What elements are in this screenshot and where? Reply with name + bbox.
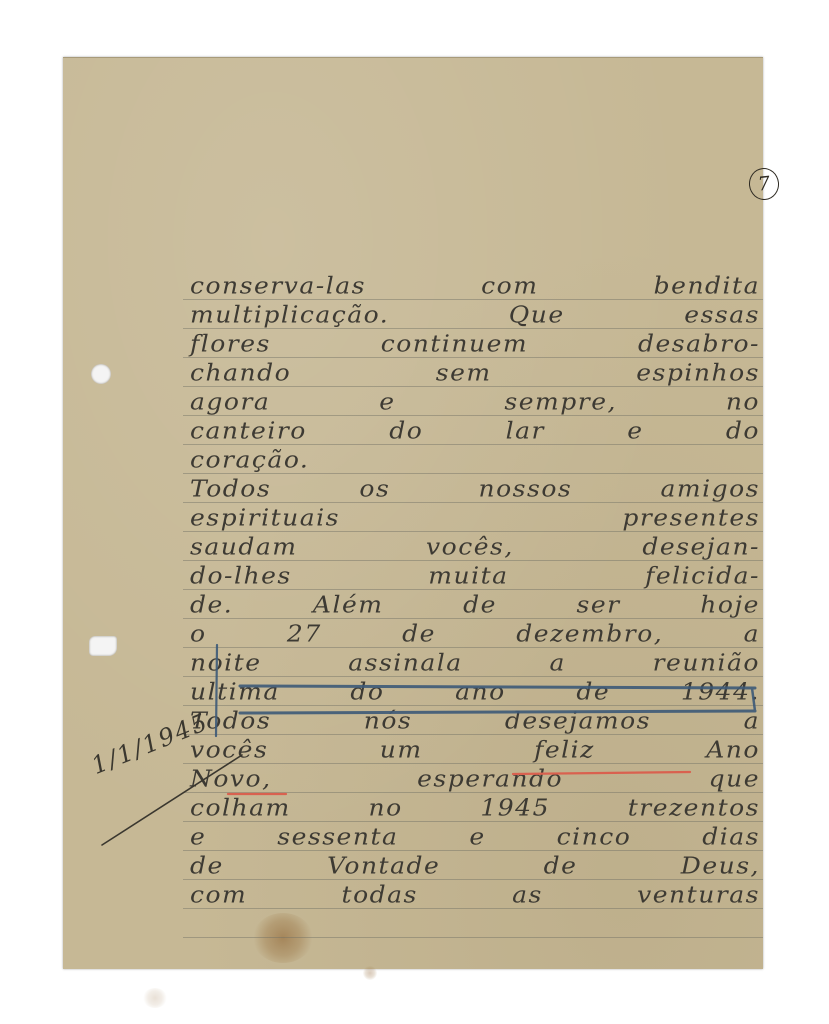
handwritten-word: reunião xyxy=(653,650,760,675)
handwritten-line: saudamvocês,desejan- xyxy=(190,532,760,559)
handwritten-word: Vontade xyxy=(327,853,440,878)
handwritten-word: noite xyxy=(190,650,262,675)
handwritten-word: feliz xyxy=(534,737,595,762)
handwritten-word: Deus, xyxy=(681,853,760,878)
handwritten-word: do-lhes xyxy=(190,563,292,588)
handwritten-word: de xyxy=(190,853,224,878)
handwritten-word: dias xyxy=(702,824,760,849)
handwritten-line: o27dedezembro,a xyxy=(190,619,760,646)
handwritten-word: 1945 xyxy=(480,795,550,820)
handwritten-line: Todosnósdesejamosa xyxy=(190,706,760,733)
handwritten-word: de xyxy=(402,621,436,646)
handwritten-word: e xyxy=(627,418,643,443)
handwritten-line: coração. xyxy=(190,445,760,472)
handwritten-line: vocêsumfelizAno xyxy=(190,735,760,762)
handwritten-word: agora xyxy=(190,389,270,414)
handwritten-word: lar xyxy=(506,418,545,443)
handwritten-word: do xyxy=(726,418,760,443)
handwritten-word: que xyxy=(709,766,760,791)
handwritten-word: cinco xyxy=(557,824,632,849)
handwritten-word: do xyxy=(350,679,384,704)
handwritten-word: venturas xyxy=(637,882,760,907)
punch-hole-top xyxy=(91,364,111,384)
handwritten-word: flores xyxy=(190,331,271,356)
handwritten-line: agoraesempre,no xyxy=(190,387,760,414)
stain-mark-small xyxy=(363,966,377,980)
handwritten-word: a xyxy=(549,650,565,675)
handwritten-word: multiplicação. xyxy=(190,302,389,327)
handwritten-word: Que xyxy=(509,302,565,327)
handwritten-word: espinhos xyxy=(636,360,760,385)
handwritten-word: coração. xyxy=(190,447,309,472)
handwritten-word: vocês xyxy=(190,737,268,762)
handwritten-word: sem xyxy=(436,360,492,385)
handwritten-word: desejamos xyxy=(505,708,651,733)
handwritten-word: vocês, xyxy=(426,534,514,559)
ruled-line xyxy=(183,937,763,938)
handwritten-word: colham xyxy=(190,795,291,820)
handwritten-word: trezentos xyxy=(628,795,760,820)
handwritten-line: esessentaecincodias xyxy=(190,822,760,849)
handwritten-word: o xyxy=(190,621,207,646)
handwritten-word: felicida- xyxy=(645,563,760,588)
handwritten-word: canteiro xyxy=(190,418,307,443)
page-number-circled: 7 xyxy=(747,167,780,202)
handwritten-word: nossos xyxy=(479,476,573,501)
handwritten-word: e xyxy=(379,389,395,414)
handwritten-word: desejan- xyxy=(642,534,760,559)
handwritten-word: e xyxy=(190,824,206,849)
handwritten-line: colhamno1945trezentos xyxy=(190,793,760,820)
handwritten-word: de xyxy=(463,592,497,617)
handwritten-word: assinala xyxy=(348,650,462,675)
handwritten-word: no xyxy=(368,795,402,820)
handwritten-word: de xyxy=(576,679,610,704)
handwritten-word: a xyxy=(744,708,760,733)
handwritten-line: do-lhesmuitafelicida- xyxy=(190,561,760,588)
handwritten-line: multiplicação.Queessas xyxy=(190,300,760,327)
handwritten-line: chandosemespinhos xyxy=(190,358,760,385)
handwritten-word: as xyxy=(512,882,543,907)
handwritten-line: florescontinuemdesabro- xyxy=(190,329,760,356)
handwritten-word: e xyxy=(469,824,485,849)
handwritten-word: Todos xyxy=(190,476,271,501)
handwritten-word: Ano xyxy=(706,737,760,762)
handwritten-word: dezembro, xyxy=(516,621,663,646)
handwritten-word: no xyxy=(726,389,760,414)
handwritten-word: um xyxy=(380,737,423,762)
stain-mark xyxy=(253,913,313,963)
handwritten-word: nós xyxy=(364,708,412,733)
handwritten-word: 1944. xyxy=(681,679,760,704)
handwritten-word: com xyxy=(190,882,247,907)
handwritten-word: Novo, xyxy=(190,766,272,791)
handwritten-word: presentes xyxy=(622,505,760,530)
handwritten-line: comtodasasventuras xyxy=(190,880,760,907)
handwritten-word: 27 xyxy=(287,621,322,646)
handwritten-line: de.Alémdeserhoje xyxy=(190,590,760,617)
handwritten-word: hoje xyxy=(700,592,760,617)
handwritten-word: os xyxy=(359,476,390,501)
handwritten-word: continuem xyxy=(381,331,528,356)
handwritten-word: desabro- xyxy=(638,331,760,356)
punch-hole-bottom xyxy=(89,636,117,656)
handwritten-line: espirituaispresentes xyxy=(190,503,760,530)
handwritten-word: amigos xyxy=(660,476,760,501)
handwritten-line: canteirodolaredo xyxy=(190,416,760,443)
handwritten-word: de. xyxy=(190,592,233,617)
handwritten-word: muita xyxy=(428,563,508,588)
handwritten-word: a xyxy=(744,621,760,646)
handwritten-word: espirituais xyxy=(190,505,340,530)
handwritten-line: ultimadoanode1944. xyxy=(190,677,760,704)
handwritten-word: do xyxy=(389,418,423,443)
handwritten-line: noiteassinalaareunião xyxy=(190,648,760,675)
ruled-line xyxy=(183,908,763,909)
handwritten-line: Novo,esperandoque xyxy=(190,764,760,791)
handwritten-word: ultima xyxy=(190,679,280,704)
handwritten-line: Todososnossosamigos xyxy=(190,474,760,501)
handwritten-word: sempre, xyxy=(504,389,617,414)
handwritten-word: Além xyxy=(313,592,384,617)
handwritten-word: saudam xyxy=(190,534,297,559)
handwritten-word: essas xyxy=(684,302,760,327)
handwritten-line: deVontadedeDeus, xyxy=(190,851,760,878)
handwritten-word: esperando xyxy=(417,766,563,791)
handwritten-word: chando xyxy=(190,360,291,385)
handwritten-word: sessenta xyxy=(277,824,398,849)
stain-mark-faint xyxy=(143,988,167,1008)
handwritten-word: ano xyxy=(455,679,506,704)
handwritten-word: ser xyxy=(577,592,621,617)
handwritten-line: conserva-lascombendita xyxy=(190,271,760,298)
handwritten-word: todas xyxy=(342,882,418,907)
handwritten-word: conserva-las xyxy=(190,273,366,298)
handwritten-word: bendita xyxy=(654,273,760,298)
handwritten-word: com xyxy=(481,273,538,298)
handwritten-word: de xyxy=(544,853,578,878)
